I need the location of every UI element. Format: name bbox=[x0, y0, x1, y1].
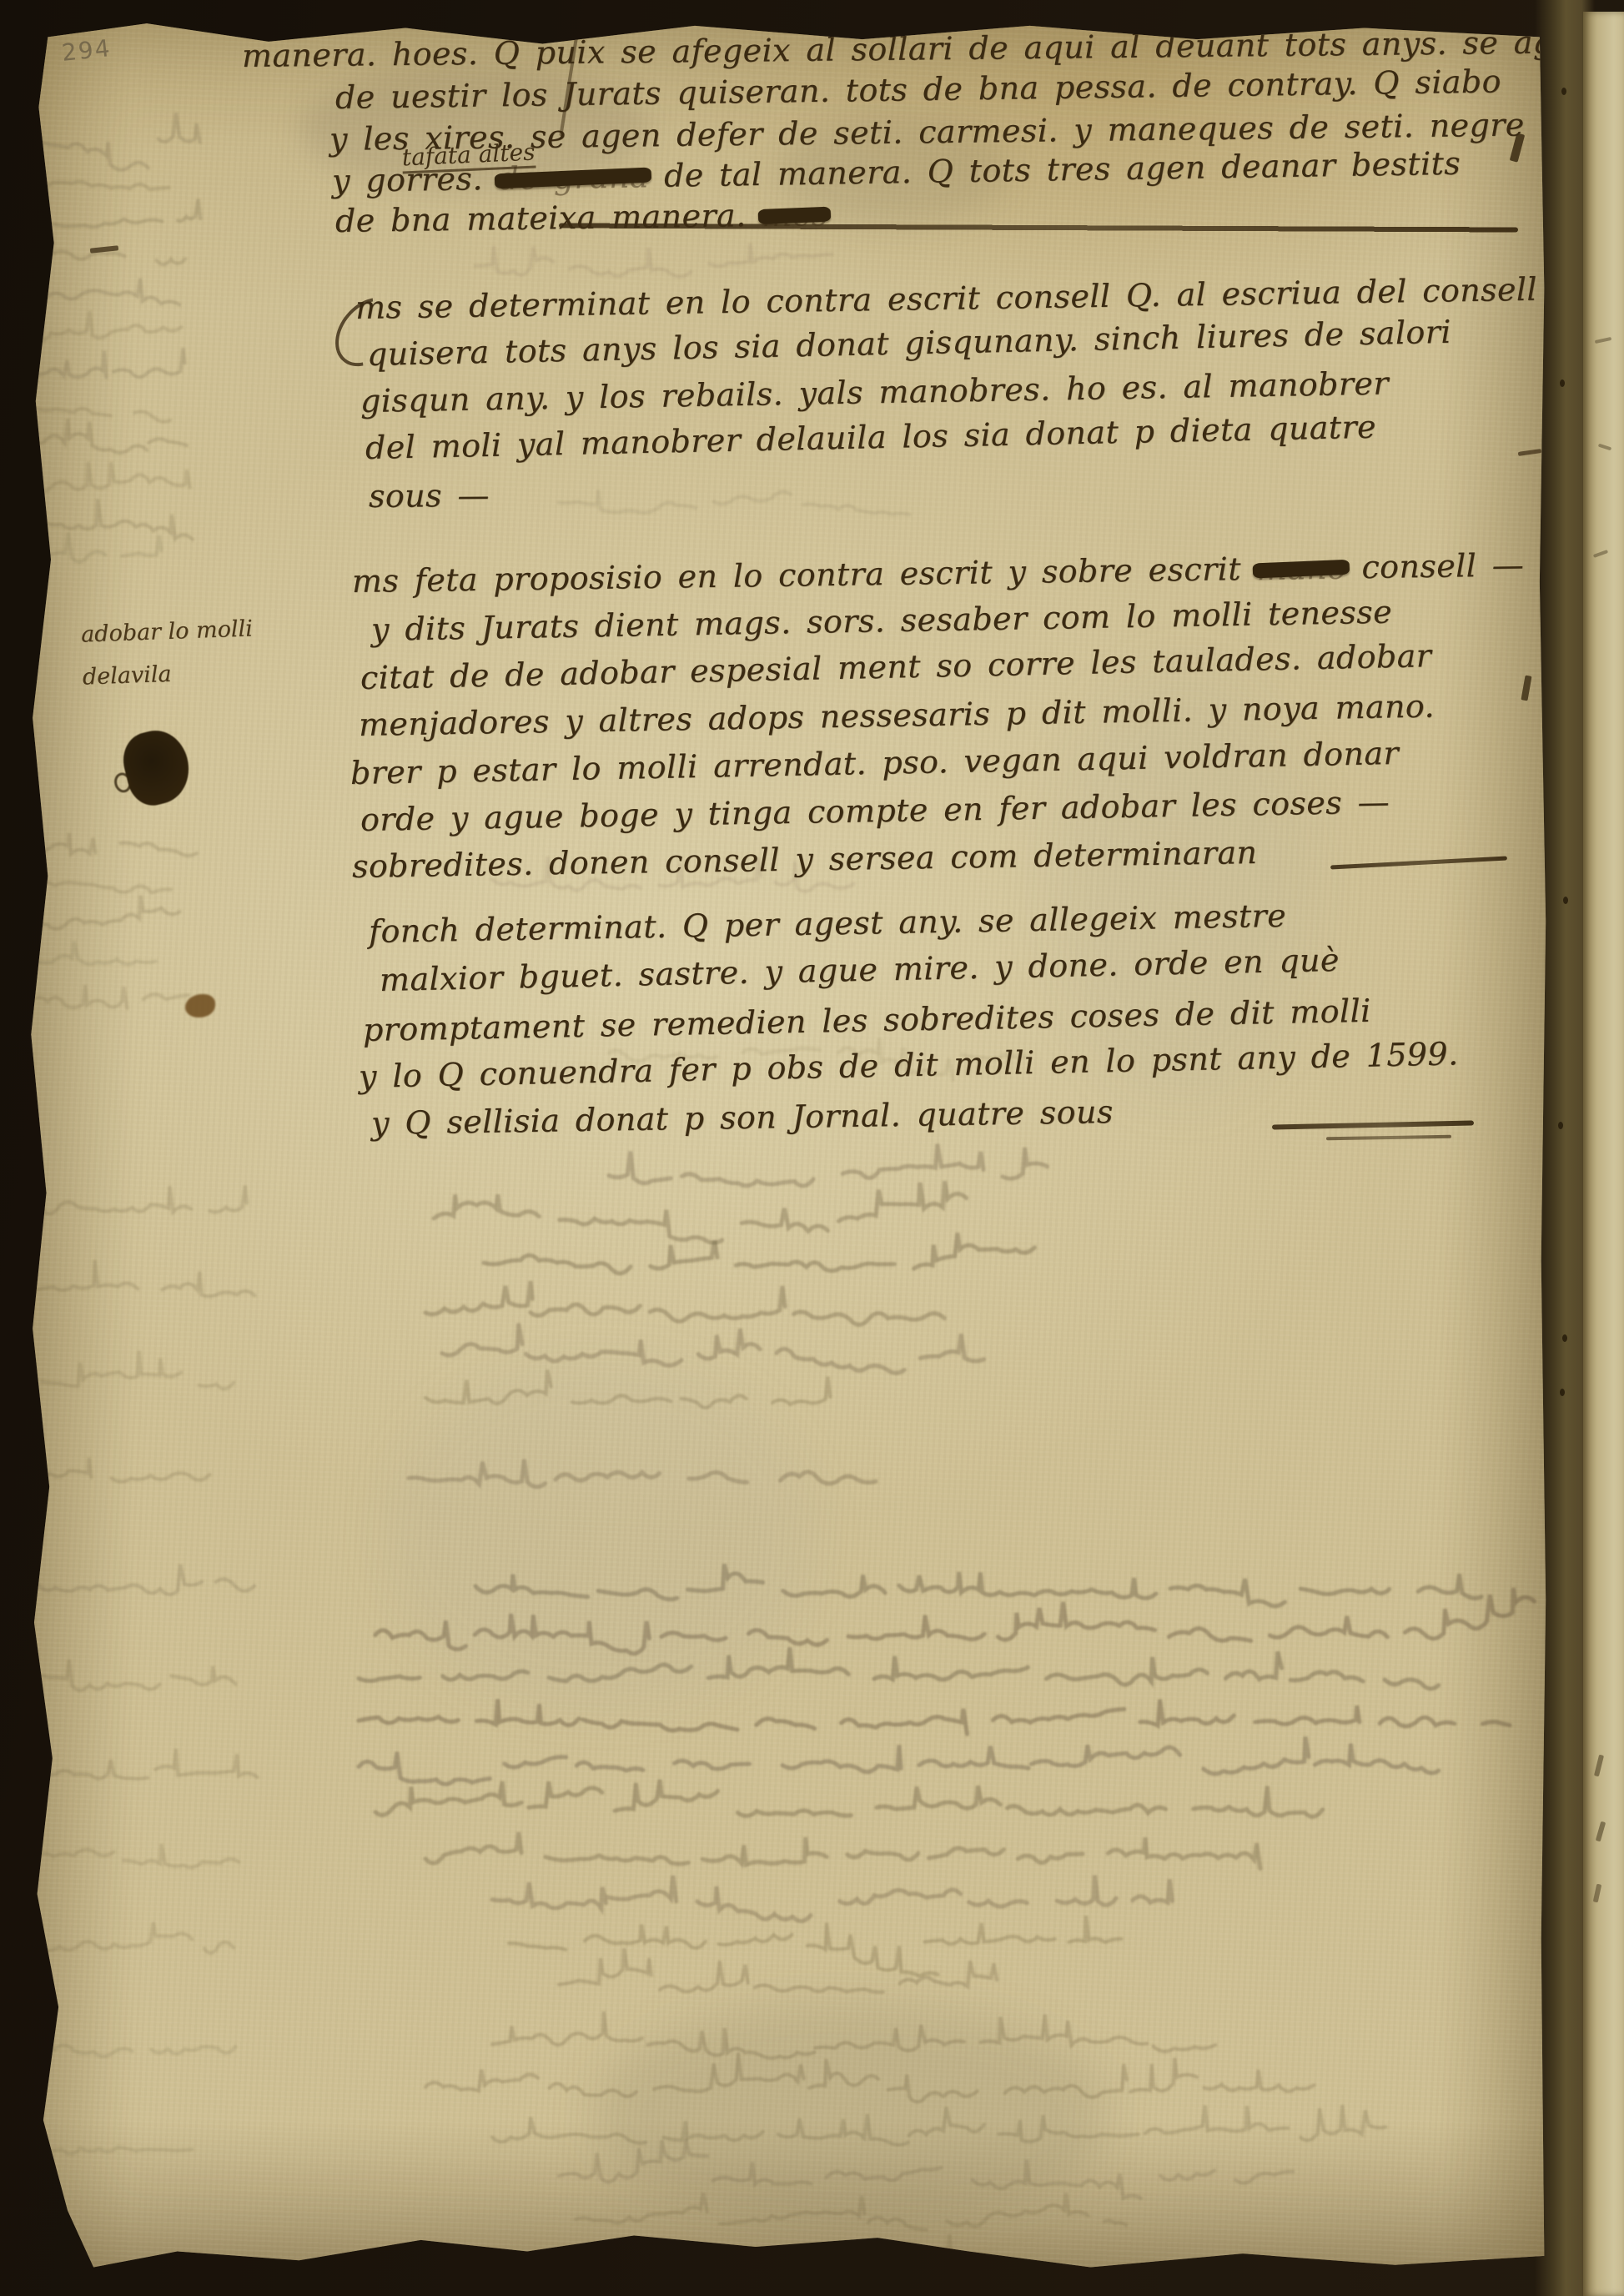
line-text: consell — bbox=[1346, 546, 1525, 585]
bleedthrough-line bbox=[30, 348, 185, 377]
bleedthrough-line bbox=[375, 1588, 1535, 1654]
bleedthrough-line bbox=[35, 881, 171, 892]
bleedthrough-line bbox=[492, 1876, 1172, 1922]
page-number: 294 bbox=[60, 34, 113, 67]
margin-note-line: delavila bbox=[82, 651, 254, 699]
bleedthrough-line bbox=[33, 311, 181, 341]
bleedthrough-line bbox=[27, 499, 193, 539]
bleedthrough-line bbox=[38, 1565, 254, 1595]
adjacent-page-ink-mark bbox=[1594, 1755, 1604, 1777]
bleedthrough-line bbox=[434, 1181, 967, 1243]
bleedthrough-line bbox=[37, 409, 170, 422]
bleedthrough-line bbox=[425, 1832, 1260, 1869]
bleedthrough-line bbox=[609, 1144, 1048, 1186]
margin-note: adobar lo molli delavila bbox=[80, 607, 254, 699]
bleedthrough-line bbox=[425, 2053, 1314, 2103]
adjacent-page-ink-mark bbox=[1593, 550, 1608, 558]
bleedthrough-line bbox=[492, 2105, 1385, 2145]
bleedthrough-line bbox=[42, 1351, 234, 1389]
bleedthrough-line bbox=[33, 1844, 239, 1867]
bleedthrough-line bbox=[375, 1780, 1323, 1816]
interlinear-insertion: tafata altes bbox=[401, 141, 535, 174]
manuscript-scan: 294 manera. hoes. Q puix se afegeix al s… bbox=[0, 0, 1624, 2296]
bleedthrough-line bbox=[475, 244, 832, 277]
bleedthrough-line bbox=[35, 251, 185, 264]
bleedthrough-line bbox=[492, 2012, 1215, 2058]
manuscript-line: sous — bbox=[369, 480, 490, 512]
bleedthrough-line bbox=[559, 490, 909, 515]
gutter-ink-speck bbox=[1562, 1334, 1567, 1342]
bleedthrough-line bbox=[559, 2139, 1293, 2198]
bleedthrough-line bbox=[609, 2234, 964, 2275]
bleedthrough-line bbox=[359, 1699, 1510, 1734]
gutter-ink-speck bbox=[1560, 1389, 1565, 1396]
bleedthrough-line bbox=[359, 1647, 1439, 1688]
adjacent-page-ink-mark bbox=[1595, 337, 1611, 344]
bleedthrough-line bbox=[33, 182, 168, 189]
bleedthrough-line bbox=[359, 1736, 1439, 1784]
bleedthrough-line bbox=[576, 2193, 1126, 2229]
gutter-ink-speck bbox=[1560, 379, 1565, 387]
adjacent-page-ink-mark bbox=[1598, 444, 1611, 451]
gutter-ink-speck bbox=[1558, 1122, 1563, 1129]
bleedthrough-line bbox=[33, 1260, 254, 1296]
adjacent-page-edge bbox=[1583, 12, 1624, 2296]
bleedthrough-line bbox=[43, 2148, 192, 2154]
gutter-ink-speck bbox=[1563, 897, 1568, 904]
bleedthrough-line bbox=[559, 1948, 997, 1992]
bleedthrough-line bbox=[30, 113, 200, 169]
bleedthrough-line bbox=[28, 896, 179, 929]
bleedthrough-line bbox=[33, 942, 156, 964]
bleedthrough-line bbox=[30, 833, 197, 856]
bleedthrough-line bbox=[425, 1281, 944, 1324]
line-text: de bna mateixa manera. bbox=[335, 197, 762, 239]
bleedthrough-line bbox=[475, 1564, 1481, 1605]
gutter-ink-speck bbox=[1561, 88, 1566, 95]
bleedthrough-line bbox=[30, 985, 189, 1008]
bleedthrough-line bbox=[32, 1458, 210, 1481]
bleedthrough-line bbox=[484, 1233, 1034, 1274]
bleedthrough-line bbox=[32, 533, 161, 562]
bleedthrough-line bbox=[33, 462, 190, 491]
bleedthrough-line bbox=[42, 1186, 247, 1214]
bleedthrough-line bbox=[28, 419, 187, 453]
bleedthrough-line bbox=[425, 1370, 830, 1408]
manuscript-page: 294 manera. hoes. Q puix se afegeix al s… bbox=[25, 17, 1547, 2278]
bleedthrough-line bbox=[42, 1922, 234, 1953]
adjacent-page-ink-mark bbox=[1593, 1884, 1601, 1903]
manuscript-line: de bna mateixa manera. mes bbox=[335, 198, 828, 237]
line-text: sous — bbox=[369, 477, 490, 515]
bleedthrough-line bbox=[32, 1660, 235, 1691]
bleedthrough-line bbox=[442, 1324, 984, 1374]
margin-note-line: adobar lo molli bbox=[80, 607, 253, 656]
bleedthrough-line bbox=[40, 1749, 257, 1779]
strike-blot: mano bbox=[1256, 549, 1346, 586]
bleedthrough-line bbox=[35, 2045, 235, 2056]
bleedthrough-line bbox=[28, 199, 200, 227]
adjacent-page-ink-mark bbox=[1596, 1821, 1606, 1842]
bleedthrough-line bbox=[27, 279, 179, 305]
bleedthrough-line bbox=[409, 1459, 876, 1487]
